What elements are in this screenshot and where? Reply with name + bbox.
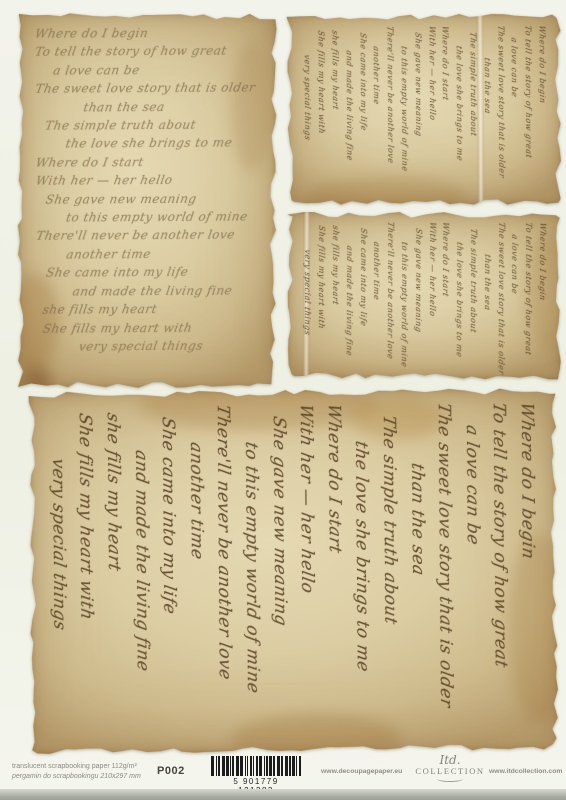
lyric-line: a love can be bbox=[457, 400, 487, 709]
lyric-line: The simple truth about bbox=[374, 401, 404, 710]
lyric-line: There'll never be another love bbox=[383, 25, 398, 180]
brand-name-text: COLLECTION bbox=[412, 766, 488, 776]
note-paper-top-right: Where do I beginTo tell the story of how… bbox=[287, 13, 562, 205]
barcode-bar bbox=[259, 756, 262, 776]
lyric-line: she fills my heart bbox=[98, 403, 128, 712]
lyric-line: There'll never be another love bbox=[35, 226, 258, 246]
caption-line2: pergamin do scrapbookingu 210x297 mm bbox=[12, 772, 141, 782]
barcode-bar bbox=[216, 756, 217, 776]
lyric-line: She gave new meaning bbox=[35, 189, 258, 209]
lyric-line: To tell the story of how great bbox=[521, 221, 535, 376]
paper-surface: Where do I beginTo tell the story of how… bbox=[287, 211, 562, 379]
barcode-bar bbox=[269, 756, 272, 776]
barcode-bar bbox=[250, 756, 252, 776]
lyric-line: Where do I start bbox=[319, 401, 349, 710]
lyric-line: She came into my life bbox=[355, 25, 370, 180]
barcode-bar bbox=[218, 756, 220, 776]
lyric-line: With her — her hello bbox=[34, 171, 257, 191]
paper-surface: Where do I beginTo tell the story of how… bbox=[29, 388, 559, 754]
barcode-bar bbox=[247, 756, 248, 776]
barcode-bar bbox=[245, 756, 246, 776]
lyric-line: Where do I begin bbox=[512, 400, 542, 709]
barcode-bar bbox=[292, 756, 295, 776]
barcode-bar bbox=[226, 756, 229, 776]
paper-surface: Where do I beginTo tell the story of how… bbox=[17, 12, 277, 388]
lyric-line: very special things bbox=[300, 25, 315, 180]
scrapbooking-sheet: Where do I beginTo tell the story of how… bbox=[0, 0, 566, 790]
lyric-line: very special things bbox=[43, 404, 73, 713]
lyric-line: she fills my heart bbox=[35, 299, 258, 319]
lyric-line: To tell the story of how great bbox=[521, 24, 536, 179]
product-description: translucent scrapbooking paper 112g/m² p… bbox=[12, 762, 141, 781]
product-photo[interactable]: Where do I beginTo tell the story of how… bbox=[0, 0, 566, 800]
barcode-bar bbox=[256, 756, 258, 776]
lyric-line: another time bbox=[181, 402, 211, 711]
lyric-line: a love can be bbox=[34, 60, 257, 80]
flourish-icon bbox=[437, 776, 463, 782]
note-paper-bottom: Where do I beginTo tell the story of how… bbox=[29, 388, 559, 754]
lyric-line: To tell the story of how great bbox=[34, 42, 257, 62]
lyric-line: There'll never be another love bbox=[383, 221, 397, 376]
lyric-line: Where do I start bbox=[34, 152, 257, 172]
caption-bar: translucent scrapbooking paper 112g/m² p… bbox=[0, 752, 566, 790]
lyric-line: a love can be bbox=[507, 24, 522, 179]
lyric-line: very special things bbox=[35, 336, 258, 356]
handwritten-lyrics-rotated: Where do I beginTo tell the story of how… bbox=[300, 25, 549, 179]
barcode-bar bbox=[285, 756, 288, 776]
lyric-line: and made the living fine bbox=[342, 220, 356, 375]
lyric-line: To tell the story of how great bbox=[484, 400, 514, 709]
barcode-bar bbox=[253, 756, 254, 776]
lyric-line: Where do I begin bbox=[535, 221, 549, 376]
barcode-bar bbox=[299, 756, 301, 776]
product-code: P002 bbox=[157, 765, 185, 777]
lyric-line: She fills my heart with bbox=[314, 220, 328, 375]
lyric-line: the love she brings to me bbox=[452, 25, 467, 180]
lyric-line: She fills my heart with bbox=[314, 25, 329, 180]
handwritten-lyrics: Where do I beginTo tell the story of how… bbox=[35, 23, 257, 356]
lyric-line: than the sea bbox=[34, 97, 257, 117]
lyric-line: and made the living fine bbox=[342, 25, 357, 180]
lyric-line: another time bbox=[369, 25, 384, 180]
lyric-line: She gave new meaning bbox=[411, 221, 425, 376]
barcode-bar bbox=[266, 756, 268, 776]
barcode-bar bbox=[240, 756, 243, 776]
brand-logo: Itd. COLLECTION bbox=[412, 755, 488, 782]
lyric-line: than the sea bbox=[480, 221, 494, 376]
lyric-line: to this empty world of mine bbox=[397, 25, 412, 180]
barcode-bar bbox=[211, 756, 214, 776]
lyric-line: She gave new meaning bbox=[264, 402, 294, 711]
lyric-line: Where do I start bbox=[438, 221, 452, 376]
lyric-line: The simple truth about bbox=[466, 25, 481, 180]
right-url: www.itdcollection.com bbox=[489, 768, 562, 775]
barcode-bar bbox=[222, 756, 225, 776]
lyric-line: She gave new meaning bbox=[411, 25, 426, 180]
lyric-line: The sweet love story that is older bbox=[429, 400, 459, 709]
lyric-line: to this empty world of mine bbox=[236, 402, 266, 711]
lyric-line: than the sea bbox=[480, 24, 495, 179]
lyric-line: very special things bbox=[300, 220, 314, 375]
photo-background-strip bbox=[0, 789, 566, 800]
lyric-line: than the sea bbox=[402, 401, 432, 710]
barcode-bar bbox=[273, 756, 275, 776]
lyric-line: she fills my heart bbox=[328, 25, 343, 180]
lyric-line: The simple truth about bbox=[34, 115, 257, 135]
lyric-line: the love she brings to me bbox=[452, 221, 466, 376]
lyric-line: With her — her hello bbox=[424, 25, 439, 180]
lyric-line: Where do I begin bbox=[535, 24, 550, 179]
lyric-line: to this empty world of mine bbox=[35, 207, 258, 227]
lyric-line: She fills my heart with bbox=[35, 318, 258, 338]
lyric-line: The simple truth about bbox=[466, 221, 480, 376]
handwritten-lyrics-rotated: Where do I beginTo tell the story of how… bbox=[43, 402, 542, 710]
lyric-line: to this empty world of mine bbox=[397, 221, 411, 376]
lyric-line: a love can be bbox=[507, 221, 521, 376]
lyric-line: The sweet love story that is older bbox=[493, 24, 508, 179]
barcode-bar bbox=[296, 756, 297, 776]
lyric-line: She fills my heart with bbox=[71, 403, 101, 712]
barcode-bar bbox=[236, 756, 239, 776]
left-url: www.decoupagepaper.eu bbox=[321, 768, 402, 775]
lyric-line: She came into my life bbox=[35, 263, 258, 283]
barcode-bar bbox=[281, 756, 283, 776]
lyric-line: the love she brings to me bbox=[347, 401, 377, 710]
lyric-line: The sweet love story that is older bbox=[493, 221, 507, 376]
lyric-line: another time bbox=[35, 244, 258, 264]
stain bbox=[21, 365, 51, 388]
note-paper-middle-right: Where do I beginTo tell the story of how… bbox=[287, 211, 562, 379]
lyric-line: she fills my heart bbox=[328, 220, 342, 375]
note-paper-top-left: Where do I beginTo tell the story of how… bbox=[17, 12, 277, 388]
lyric-line: Where do I begin bbox=[34, 23, 257, 43]
barcode-bar bbox=[264, 756, 265, 776]
lyric-line: another time bbox=[369, 221, 383, 376]
barcode-bar bbox=[230, 756, 231, 776]
brand-script-text: Itd. bbox=[412, 755, 488, 766]
lyric-line: The sweet love story that is older bbox=[34, 79, 257, 99]
barcode-bars bbox=[216, 756, 296, 776]
lyric-line: There'll never be another love bbox=[209, 402, 239, 711]
barcode-bar bbox=[289, 756, 291, 776]
lyric-line: She came into my life bbox=[356, 220, 370, 375]
paper-surface: Where do I beginTo tell the story of how… bbox=[287, 13, 562, 205]
caption-line1: translucent scrapbooking paper 112g/m² bbox=[12, 762, 141, 772]
barcode-bar bbox=[277, 756, 280, 776]
lyric-line: the love she brings to me bbox=[34, 134, 257, 154]
lyric-line: and made the living fine bbox=[35, 281, 258, 301]
lyric-line: and made the living fine bbox=[126, 403, 156, 712]
lyric-line: Where do I start bbox=[438, 25, 453, 180]
barcode-bar bbox=[232, 756, 234, 776]
lyric-line: With her — her hello bbox=[424, 221, 438, 376]
handwritten-lyrics-rotated: Where do I beginTo tell the story of how… bbox=[300, 221, 549, 374]
lyric-line: She came into my life bbox=[153, 403, 183, 712]
lyric-line: With her — her hello bbox=[291, 402, 321, 711]
